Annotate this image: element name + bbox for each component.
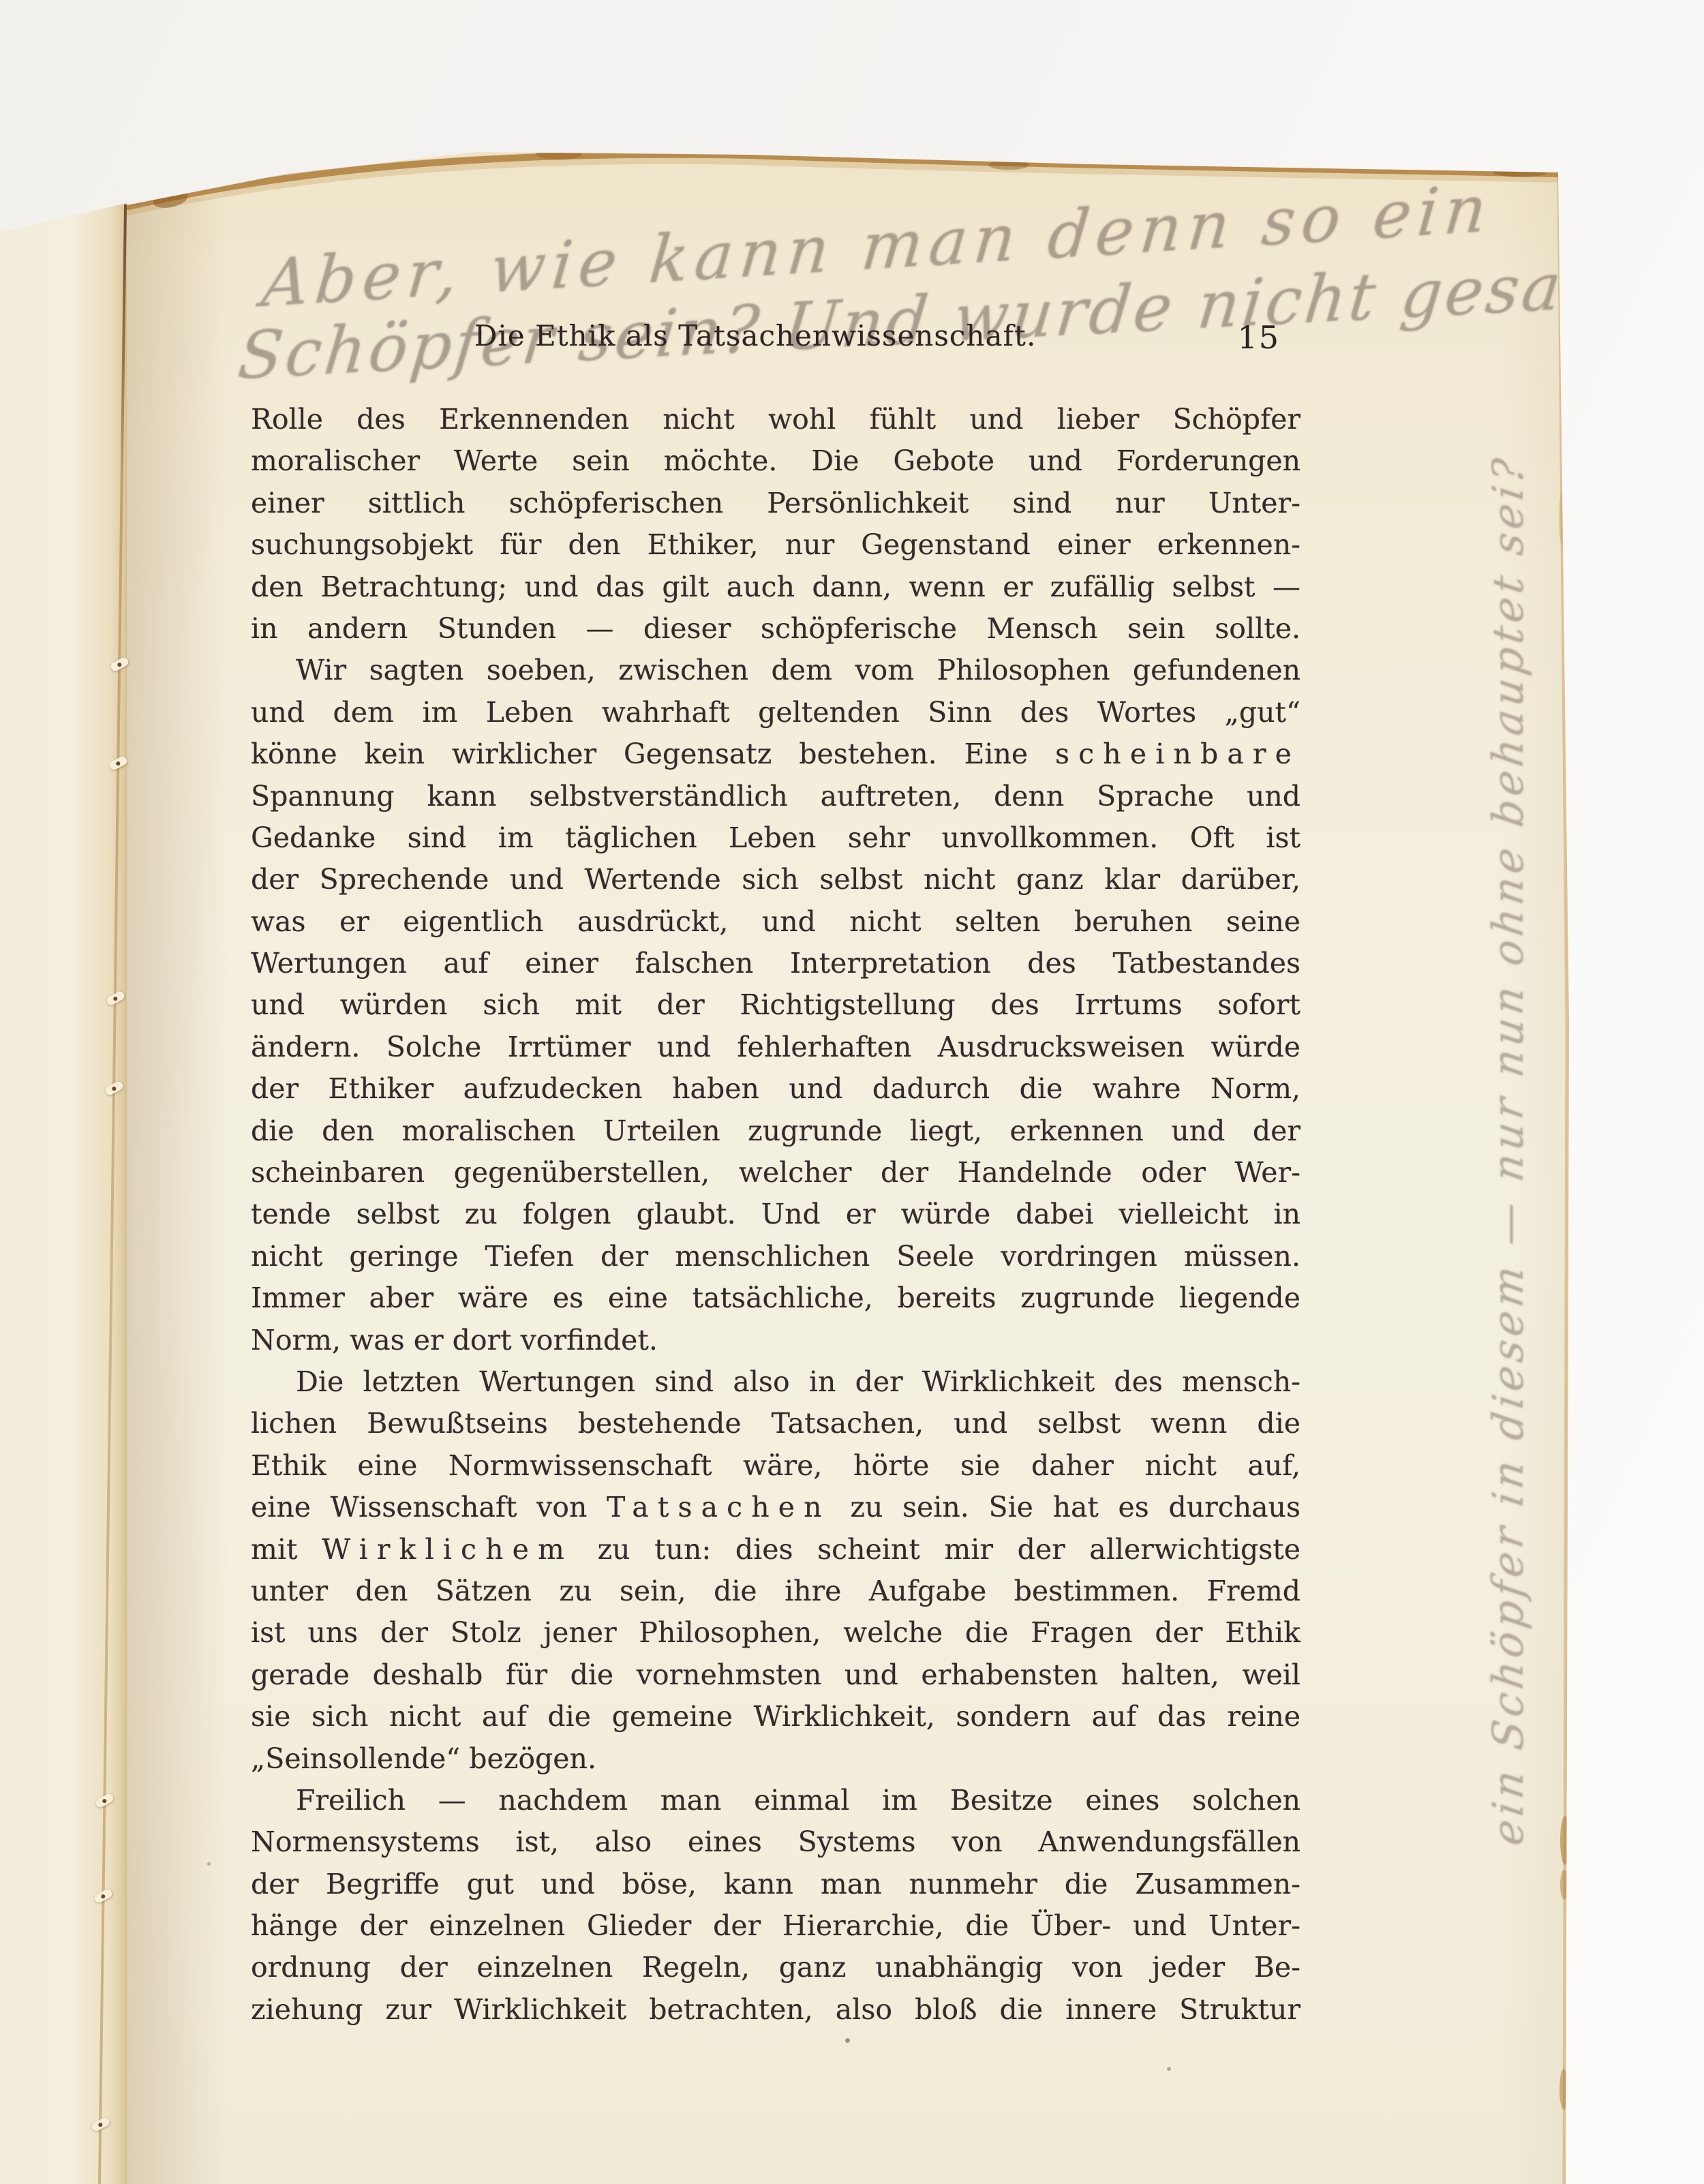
aged-edge-artwork [0, 0, 1704, 2184]
photo-backdrop: Aber, wie kann man denn so ein Schöpfer … [0, 0, 1704, 2184]
book-page: Aber, wie kann man denn so ein Schöpfer … [0, 0, 1704, 2184]
